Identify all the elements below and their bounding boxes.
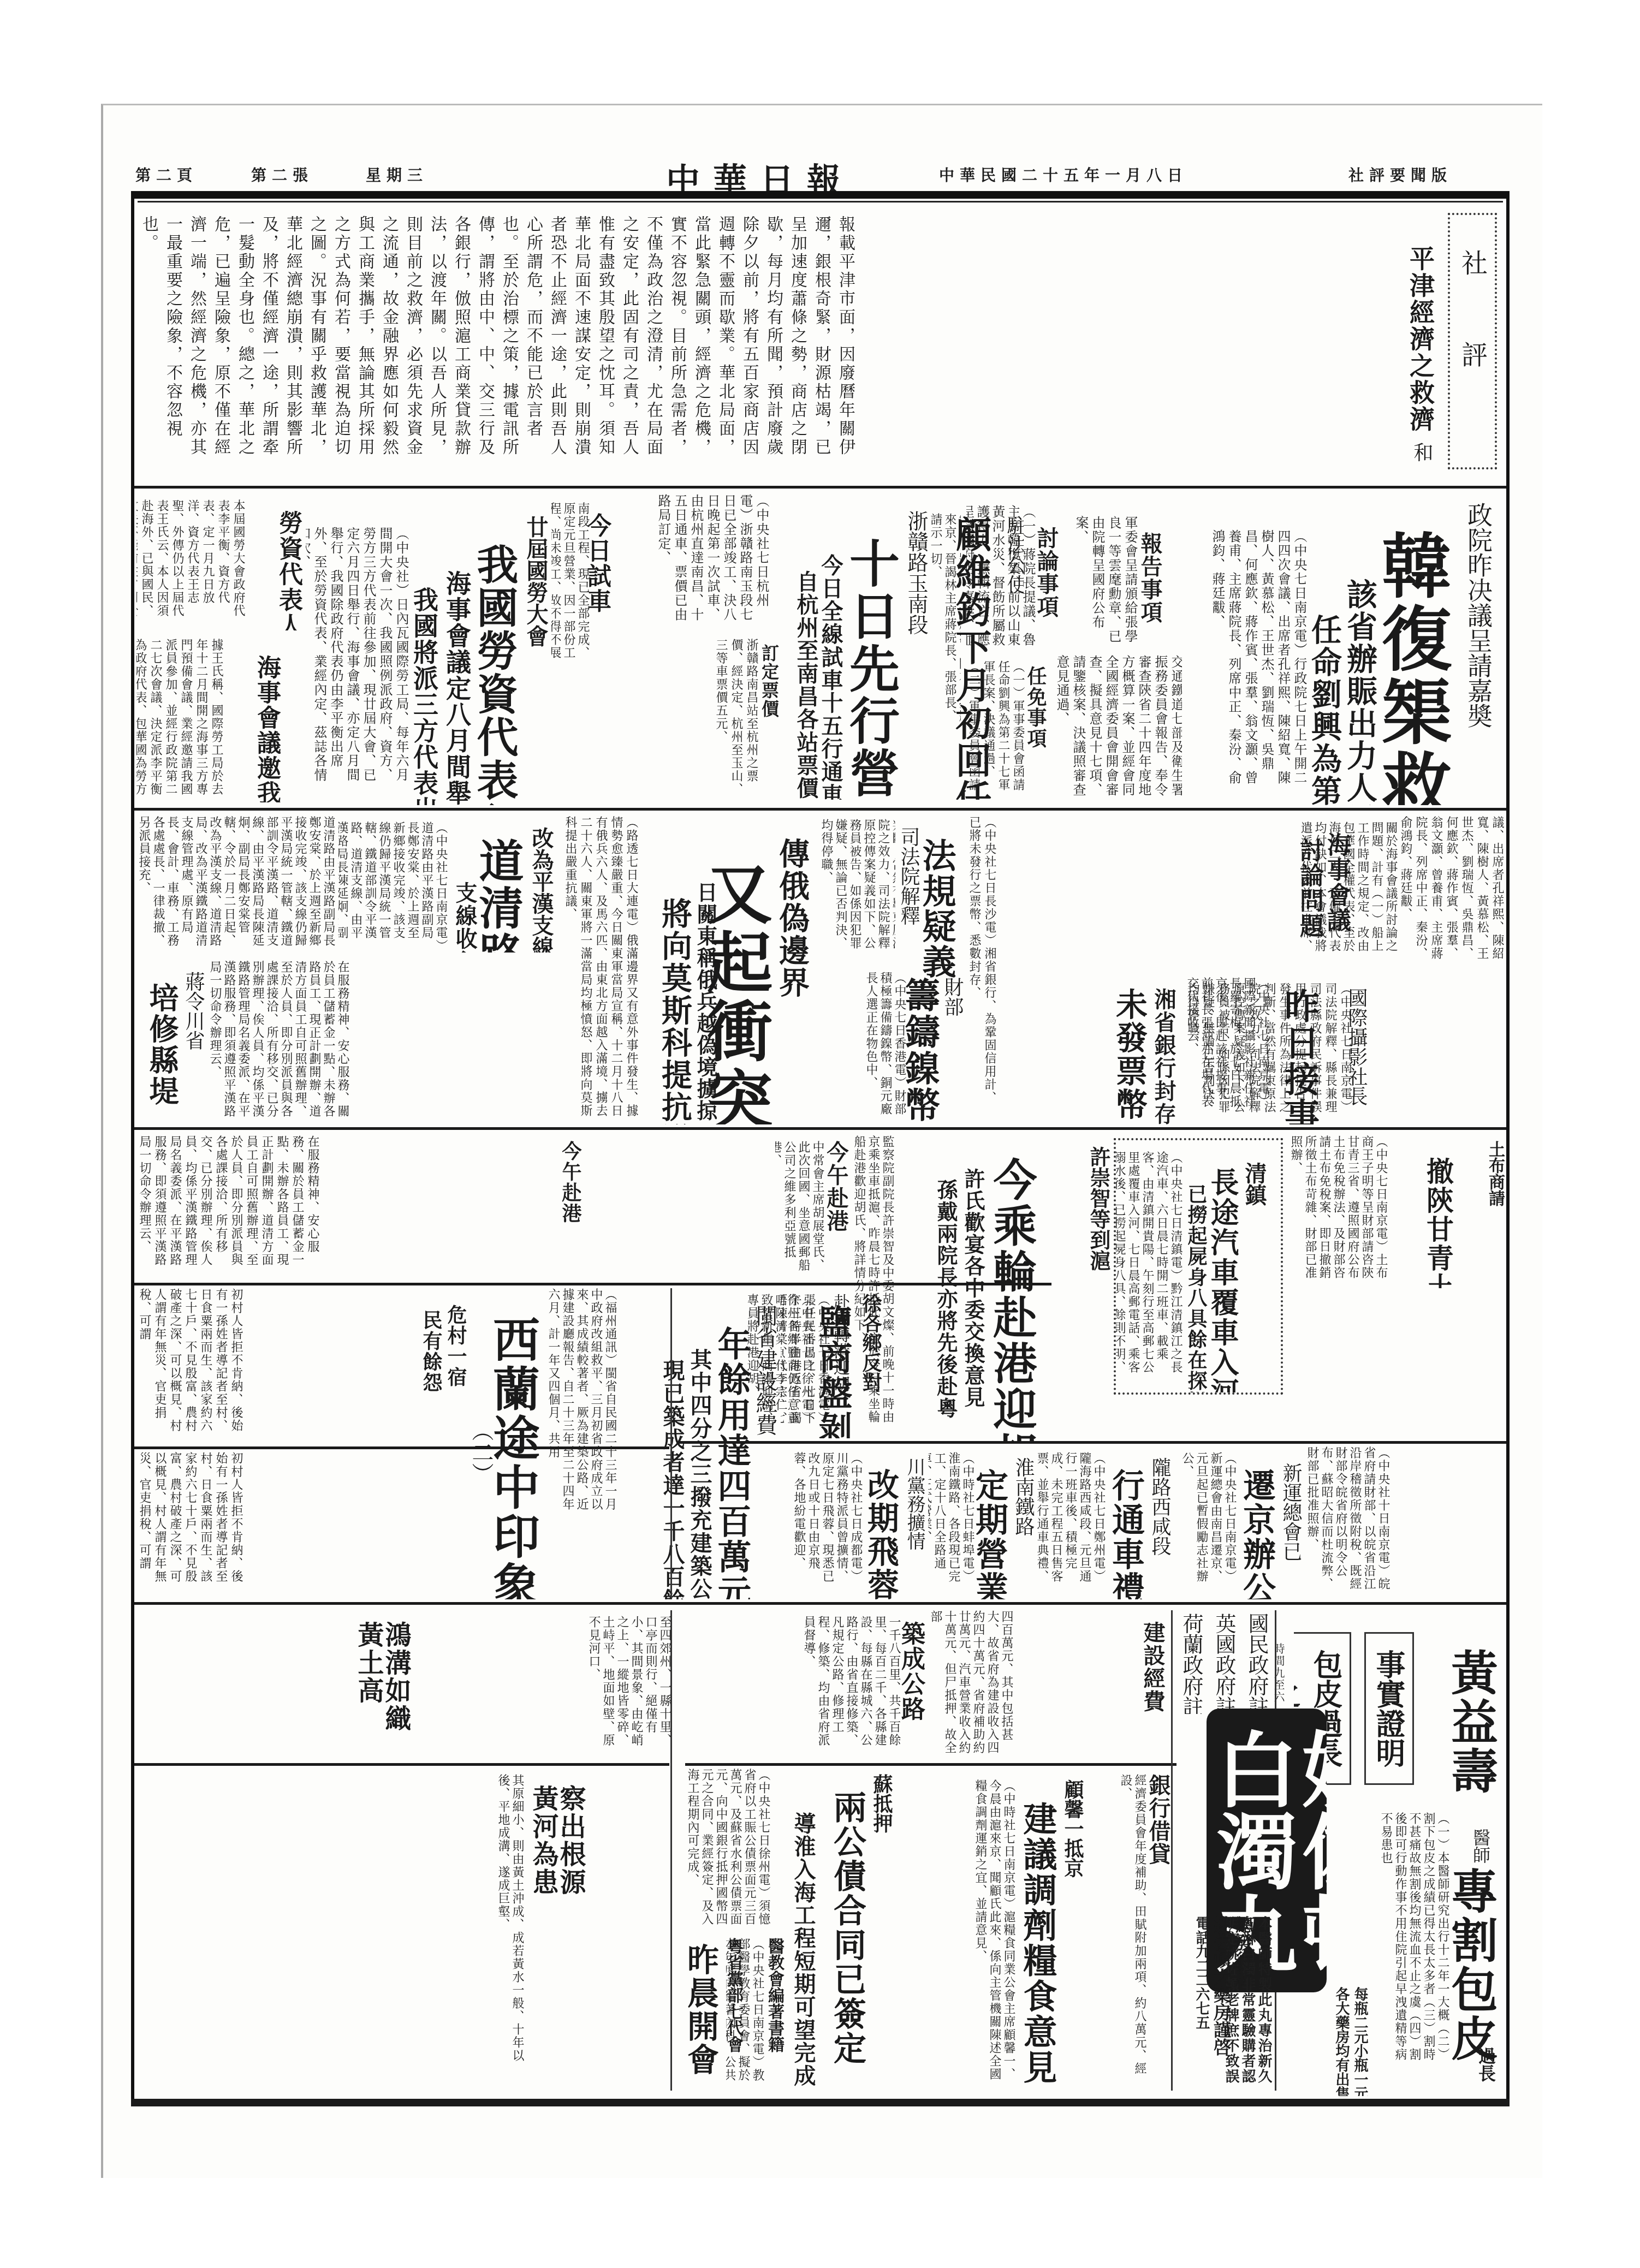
press-photo-headline-col: 昨日接事 [1280, 977, 1324, 1124]
yellow-loess-story: 黃土高 鴻溝如織 至四郊州、一縣十里、口亭而則行、絕僅有小、其間景象、由屹峭之上… [136, 1610, 672, 1763]
bonds-story: 蘇抵押 兩公債合同已簽定 [813, 1769, 895, 2091]
construction-funds: 建設經費 [1136, 1610, 1174, 1763]
pill-brand-name: 姚佐頓 [1293, 1728, 1327, 1973]
frame-bottom-rule [131, 2099, 1510, 2106]
xu-chongzhi-headline: 今乘輪赴港迎胡 [980, 1157, 1043, 1441]
ilo-story: 廿屆國勞大會 我國勞資代表內定 海事會議定八月間舉行 我國將派三方代表出席 （中… [306, 494, 551, 805]
section-rule [685, 1763, 1176, 1766]
editorial-header: 社評 平津經濟之救濟 和 [1381, 213, 1501, 475]
gu-weijun-body: （中時社七日南京電）外交界息、顧維鈞氏將於下月初放洋、聞本日抄將來京、晉謁林主席… [928, 513, 961, 731]
maritime-story: 海事會議 討論問題 關於海事會議所討論之問題、計有（一）船上工作時間之規定、改由… [1277, 816, 1398, 969]
column-rule [670, 1288, 672, 1599]
column-rule [1171, 1610, 1173, 2091]
lead-subhead-2: 任命劉興為第二十七軍軍長 [1302, 614, 1346, 805]
russia-border-body: （路透七日大連電）俄滿邊界又有意外事件發生、據情勢愈臻嚴重、今日關東軍當局宣稱、… [562, 816, 655, 1124]
press-photo-headline: 昨日接事 [1280, 988, 1324, 1124]
salt-tax-story: 徐各鄉反對 鹽商盤剝 （中央社七日徐州電）徐州各鄉鹽商仍任意重利盤剝、魚肉市民、… [781, 1288, 884, 1438]
yellow-river-story: 黃河為患 察出根源 其原細小、則由黃土沖成、成若黃水一般、十年以後、平地成溝、遂… [136, 1769, 672, 2091]
zhegan-body: （中央社七日杭州電）浙贛路南玉段七日已全部竣工、決八日晚起第一次試車、由杭州直達… [655, 494, 786, 630]
sichuan-dike-story: 蔣令川省 培修縣堤 [136, 961, 207, 1124]
grain-story: 顧馨一抵京 建議調劑糧食意見 （中時社七日南京電）滬糧食同業公會主席顧馨一、今晨… [895, 1769, 1086, 2091]
lead-kicker: 政院昨决議呈請嘉奬 [1460, 502, 1496, 728]
pill-ad-company: 總發行所 姚佐頓大藥房謹啓 電話九二二六七五 [1174, 1916, 1256, 2096]
press-photo-body: （中央社七日南京電）國際新聞攝影社新任社長羅寄梅、於七日晨抵京後、即赴該社接事、… [1185, 977, 1280, 1124]
party-conf-headline: 昨晨開會 [685, 1943, 723, 2076]
pinghan-body-2: 在服務精神、安心服務、關於員工儲蓄金一點、未辦各路員工、現正計劃開辦、道清方面員… [207, 961, 491, 1124]
bank-loan-story: 銀行借貸 經濟委員會年度補助、田賦附加兩項、約八萬元、經設、 [1086, 1769, 1174, 2091]
xilan-kickers: 危村一宿 民有餘怨 [415, 1288, 470, 1441]
column-rule [670, 1610, 672, 2091]
cloth-tax-body: （中央七日南京電）土布商王子明等呈財部請咨陝甘青三省、遵照國府公布土布免稅辦法、… [1288, 1135, 1398, 1288]
anhui-story: （中央社十日南京電）皖省府請財部、以皖省沿江沿岸稽徵所徵附稅、既經財部令皖省府以… [1305, 1446, 1504, 1599]
lead-story: 政院昨决議呈請嘉奬 韓復榘救災勞績 該省辦賑出力人員擇尤令褒 任命劉興為第二十七… [1185, 491, 1504, 805]
section-rule [134, 808, 1506, 811]
editorial-section-label: 社評 [1454, 249, 1492, 433]
fact-proof-box: 事實證明 [1354, 1632, 1414, 1785]
pinghan-body-cont: （中央社七日南京電）道清路由平漢路副局長鄭安棠、於上週至新鄉接收完竣、該支線仍歸… [136, 816, 338, 953]
party-conf-story: 粵省黨部七代會 昨晨開會 [685, 1932, 794, 2091]
zhegan-fare: 訂定票價 浙贛路南昌站至杭州之票價、經決定、杭州至玉山、三等車票價五元、 [655, 633, 786, 802]
grain-headline: 建議調劑糧食意見 [1013, 1801, 1062, 2085]
lead-tail: （中央七日南京電）行政院七日上午開二四四次會議、出席者孔祥熙、陳紹寬、陳樹人、黃… [1398, 816, 1504, 969]
xilan-body: 初村人皆拒不肯納、後始有一孫姓者導記者至村、日食粟兩而生、該家約六七十戶、不見殷… [136, 1288, 415, 1441]
editorial-body: 報載平津市面，因廢曆年關伊邇，銀根奇緊，財源枯竭，已呈加速度蕭條之勢，商店之閉歇… [136, 216, 1376, 480]
editorial-title: 平津經濟之救濟 [1403, 246, 1439, 433]
xu-chongzhi-story: 許崇智等到滬 [1043, 1135, 1114, 1441]
editorial-author: 和 [1408, 442, 1436, 462]
hu-lecture-story: 今午赴港 [524, 1135, 590, 1283]
today-to-hk: 今午赴港 中常會主席胡展堂氏、此次回國、坐意國郵船公司之維多利亞號抵港、 [775, 1135, 852, 1283]
section-rule [134, 486, 1506, 489]
masthead: 第二頁 第二張 星期三 中華日報 中華民國二十五年一月八日 社評要聞版 [131, 158, 1510, 191]
sichuan-air-story: 川黨務擴情 改期飛蓉 （中央社七日成都電）川黨務特派員曾擴情、原定七日飛蓉、現悉… [781, 1446, 928, 1599]
page-version: 社評要聞版 [1348, 164, 1452, 186]
issue-date: 中華民國二十五年一月八日 [939, 164, 1188, 186]
registration-list: 國民政府註册 英國政府註册 荷蘭政府註册 [1174, 1610, 1275, 1714]
page-label: 第二頁 [135, 164, 198, 186]
nickel-coin-story: 財部 籌鑄鎳幣 （中央七日香港電）財部積極籌備鑄鎳幣、銅元廠長人選正在物色中、 [819, 966, 966, 1124]
judicial-story: 司法院解釋 法規疑義 [895, 816, 966, 985]
lead-dateline: （中央七日南京電）行政院七日上午開二四四次會議、出席者孔祥熙、陳紹寬、陳樹人、黃… [1209, 529, 1308, 791]
sheet-label: 第二張 [251, 164, 313, 186]
hunan-bank-story: 湘省銀行封存 未發票幣 [1103, 977, 1185, 1124]
bonds-headline: 兩公債合同已簽定 [824, 1790, 871, 2065]
section-rule [134, 1763, 669, 1766]
ilo-labor-reps: 勞資代表人選已定 本屆國勞大會政府代表李平衡、資方代表、定一月九日放洋、資方代表… [136, 494, 306, 630]
ilo-maritime-conf: 海事會議邀我參加 據王氏稱、國際勞工局於去年十二月間開之海事三方專門預備會議、業… [136, 633, 306, 802]
russia-border-story: 傳俄偽邊界 又起衝突 日關東稱俄兵越偽境擄掠 將向莫斯科提抗議 [655, 816, 819, 1124]
hunan-bank-body: （中央社七日長沙電）湘省銀行、為鞏固信用計、已將未發行之票幣、悉數封存、 [966, 816, 1103, 1122]
trial-run-box: 今日試車 南段工程、現已全部完成、原定元旦營業、因一部份工程、尚未竣工、故不得不… [551, 497, 655, 671]
xu-chongzhi-subheads: 許氏歡宴各中委交換意見 孫戴兩院長亦將先後赴粵 [928, 1135, 988, 1441]
pinghan-story: 改為平漢支線後 道清路接收完竣 支線收入支出設專帳處理 （中央社七日南京電）道清… [338, 816, 562, 953]
weekday: 星期三 [366, 164, 428, 186]
bonds-body: （中央社七日徐州電）須憶省府以工賑公債票面元三百萬元、及蘇省水利公債票面元、向中… [685, 1769, 786, 1932]
judicial-body: （中央社七日南京電）司法院解釋、縣長兼理司法縣政府民訴事件誤用行政處分提起抗告、… [819, 819, 895, 966]
huainan-railway-story: 淮南鐵路 定期營業 （中時社七日蚌埠電）淮南鐵路、各段現已完工、定十八日全路通車… [928, 1446, 1037, 1599]
lead-extra-body: 內政軍政財政實業教育交通鐵道七部及衛生署振務委員會報告、奉令審查陝省二十四年度地… [1054, 655, 1182, 802]
longhai-story: 隴路西咸段 行通車禮 （中央社七日鄭州電）隴海路西咸段、元旦通行一班車後、積極完… [1037, 1446, 1174, 1599]
qingzhen-accident-box: 清鎮 長途汽車覆車入河 已撈起屍身八具餘在探撈中 （中央社七日清鎮電）黔江清鎮江… [1114, 1138, 1283, 1395]
road-built-story: 築成公路 一千八百里、共千百餘里、每百二千、各縣建設、每縣在縣城六、公路行、由省… [677, 1610, 928, 1763]
section-rule [134, 1602, 1506, 1605]
new-life-story: 新運總會已 遷京辦公 （中央社七日南京電）新運總會由南昌遷京、元旦起已暫假勵志社… [1174, 1446, 1305, 1599]
cloth-tax-headline-col: 撤陝甘青土布苛雜 [1398, 1135, 1458, 1288]
section-rule [134, 1127, 1506, 1130]
section-rule [677, 1441, 1506, 1444]
appoint-items-label: 任免事項 [1021, 666, 1049, 749]
xilan-body-cont: 初村人皆拒不肯納、後始有一孫姓者導記者至村、日食粟兩而生、該家約六七十戶、不見殷… [136, 1452, 672, 1599]
row4-continuation: 在服務精神、安心服務、關於員工儲蓄金一點、未辦各路員工、現正計劃開辦、道清方面員… [136, 1135, 775, 1283]
zhegan-railway-story: 浙贛路玉南段 十日先行營業 今日全線試車十五行通車禮 自杭州至南昌各站票價訂定 [786, 494, 928, 800]
press-photo-story: 國際攝影社長 [1327, 977, 1507, 1124]
clinic-name: 黃益壽 [1436, 1648, 1504, 1796]
report-items-label: 報告事項 [1134, 532, 1166, 624]
cloth-tax-story: 土布商請 [1463, 1135, 1507, 1283]
lead-report-section: 報告事項 軍委會呈請頒給張學良一等雲麾勳章、已由院轉呈國府公布案、 [1070, 494, 1182, 652]
construction-funds-body: 四百萬元、其中包括甚大、故省府為建設收入四約四十萬元、省府補助約廿萬元、汽車營業… [928, 1610, 1136, 1763]
